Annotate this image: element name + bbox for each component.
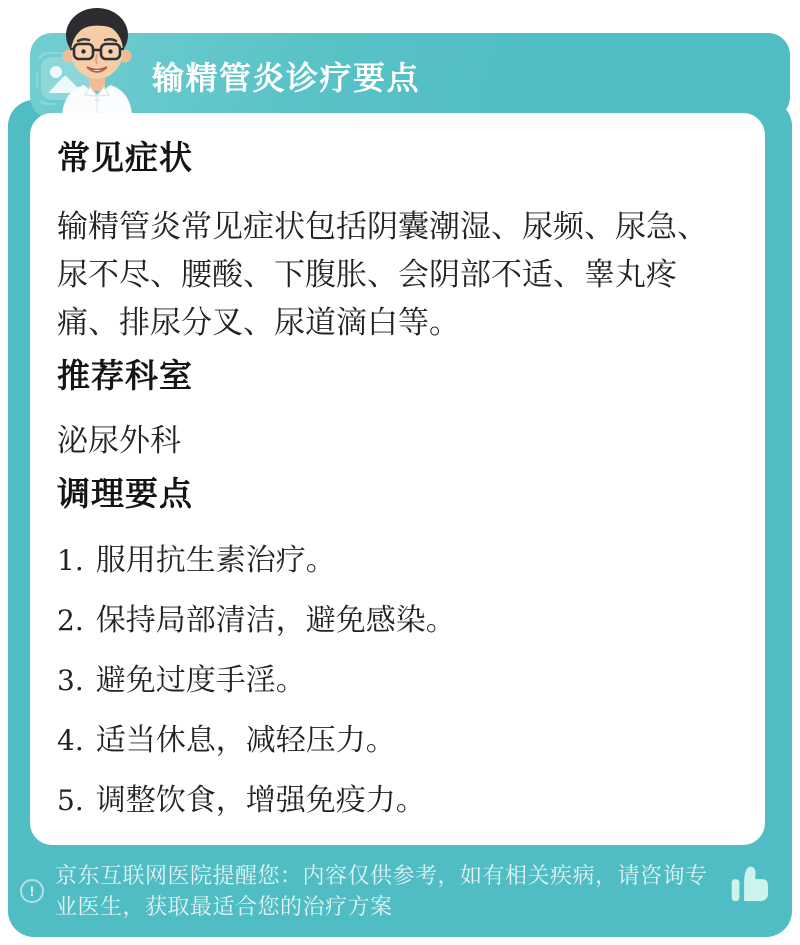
thumbs-up-icon[interactable] xyxy=(724,862,770,904)
list-item-text: 适当休息，减轻压力。 xyxy=(96,724,396,757)
list-item-number: 2. xyxy=(57,604,84,637)
list-item-text: 保持局部清洁，避免感染。 xyxy=(96,604,456,637)
care-list-item: 3.避免过度手淫。 xyxy=(57,660,765,702)
list-item-text: 调整饮食，增强免疫力。 xyxy=(96,784,426,817)
care-list-item: 1.服用抗生素治疗。 xyxy=(57,540,765,582)
list-item-number: 1. xyxy=(57,544,84,577)
care-list-item: 2.保持局部清洁，避免感染。 xyxy=(57,600,765,642)
section-heading-department: 推荐科室 xyxy=(57,357,765,395)
page-title: 输精管炎诊疗要点 xyxy=(152,33,420,119)
share-card-page: 输精管炎诊疗要点 常见症状 输精管炎常见症状包括阴囊潮湿、尿频、尿急、尿不尽、腰… xyxy=(0,0,800,945)
department-text: 泌尿外科 xyxy=(57,420,765,462)
section-heading-care: 调理要点 xyxy=(57,475,765,513)
doctor-avatar xyxy=(46,3,148,115)
care-list-item: 5.调整饮食，增强免疫力。 xyxy=(57,780,765,822)
content-card: 常见症状 输精管炎常见症状包括阴囊潮湿、尿频、尿急、尿不尽、腰酸、下腹胀、会阴部… xyxy=(30,113,765,845)
info-icon: ! xyxy=(20,879,44,903)
list-item-text: 避免过度手淫。 xyxy=(96,664,306,697)
care-list: 1.服用抗生素治疗。 2.保持局部清洁，避免感染。 3.避免过度手淫。 4.适当… xyxy=(57,540,765,822)
disclaimer-text: 京东互联网医院提醒您：内容仅供参考，如有相关疾病，请咨询专业医生，获取最适合您的… xyxy=(55,860,723,922)
symptoms-text: 输精管炎常见症状包括阴囊潮湿、尿频、尿急、尿不尽、腰酸、下腹胀、会阴部不适、睾丸… xyxy=(57,203,717,347)
list-item-text: 服用抗生素治疗。 xyxy=(96,544,336,577)
care-list-item: 4.适当休息，减轻压力。 xyxy=(57,720,765,762)
list-item-number: 5. xyxy=(57,784,84,817)
list-item-number: 3. xyxy=(57,664,84,697)
list-item-number: 4. xyxy=(57,724,84,757)
section-heading-symptoms: 常见症状 xyxy=(57,139,765,177)
